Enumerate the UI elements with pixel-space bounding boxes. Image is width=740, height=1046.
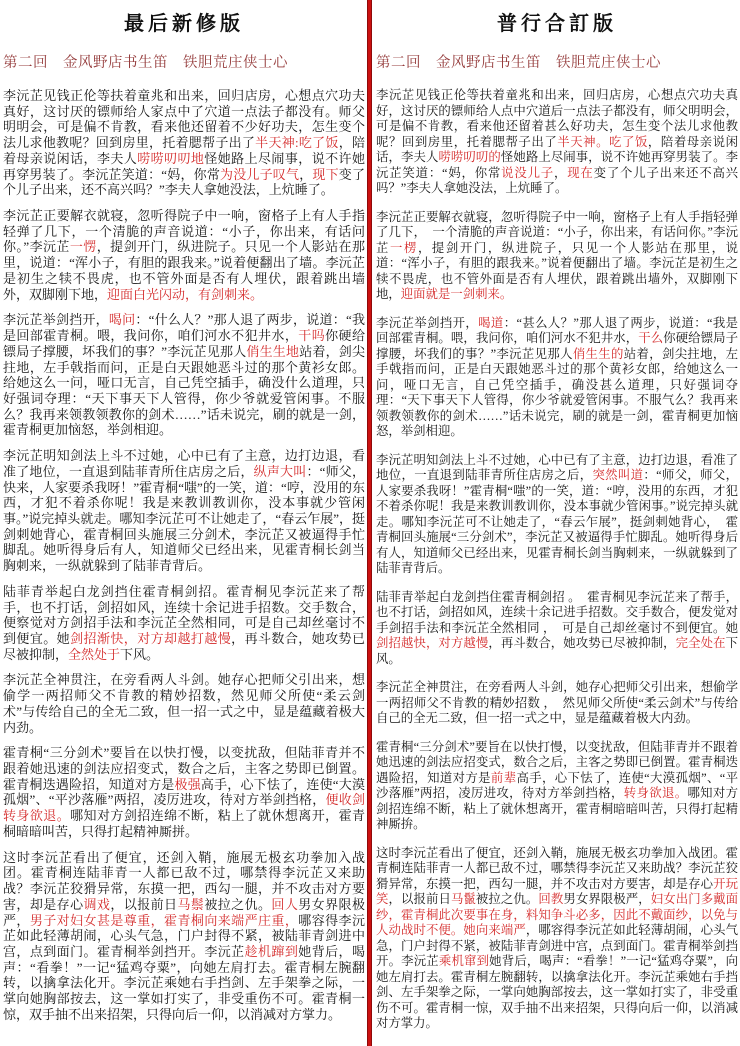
diff-highlight-text: 极强 bbox=[175, 777, 201, 792]
right-column-old-edition: 普行合訂版 第二回 金风野店书生笛 铁胆荒庄侠士心 李沅芷见钱正伦等扶着童兆和出… bbox=[372, 0, 740, 1046]
diff-highlight-text: 迎面白光闪动，有剑刺来。 bbox=[107, 287, 263, 302]
paragraph: 霍青桐“三分剑术”要旨在以快打慢，以变扰敌，但陆菲青并不跟着她迅速的剑法应招变式… bbox=[3, 745, 365, 839]
text-run: ， bbox=[299, 167, 312, 182]
left-column-new-edition: 最后新修版 第二回 金风野店书生笛 铁胆荒庄侠士心 李沅芷见钱正伦等扶着童兆和出… bbox=[0, 0, 367, 1046]
paragraph: 李沅芷明知剑法上斗不过她，心中已有了主意，边打边退，看准了地位，一直退到陆菲青所… bbox=[3, 448, 365, 574]
diff-highlight-text: 趁机蹿到 bbox=[245, 944, 299, 959]
paragraph: 李沅芷见钱正伦等扶着童兆和出来，回归店房，心想点穴功夫真好，这讨厌的镖师给人家点… bbox=[3, 88, 365, 198]
paragraph: 李沅芷见钱正伦等扶着童兆和出来，回归店房，心想点穴功夫真好，这讨厌的镖师给人点中… bbox=[376, 88, 738, 197]
paragraph: 陆菲青举起白龙剑挡住霍青桐剑招。霍青桐见李沅芷来了帮手，也不打话，剑招如风，连续… bbox=[3, 584, 365, 663]
diff-highlight-text: 现在 bbox=[567, 166, 593, 180]
diff-highlight-text: 迎面就是一剑刺来。 bbox=[401, 287, 513, 301]
diff-highlight-text: 干吗 bbox=[298, 328, 325, 343]
diff-highlight-text: 喝道 bbox=[478, 316, 504, 330]
diff-highlight-text: 现下 bbox=[312, 167, 338, 182]
text-run: 李沅芷举剑挡开， bbox=[376, 316, 478, 330]
chapter-heading-right: 第二回 金风野店书生笛 铁胆荒庄侠士心 bbox=[376, 51, 738, 72]
text-run: 这时李沅芷看出了便宜，还剑入鞘，施展无极玄功拳加入战团。霍青桐连陆菲青一人都已敌… bbox=[376, 846, 738, 891]
text-run: 下风。 bbox=[120, 647, 159, 662]
text-run: 李沅芷全神贯注，在旁看两人斗剑。她存心把师父引出来，想偷学一两招师父不肯教的精妙… bbox=[3, 672, 365, 734]
diff-highlight-text: 半天神。吃了饭 bbox=[557, 135, 648, 149]
text-run: ， bbox=[554, 166, 567, 180]
edition-comparison-page: 最后新修版 第二回 金风野店书生笛 铁胆荒庄侠士心 李沅芷见钱正伦等扶着童兆和出… bbox=[0, 0, 740, 1046]
diff-highlight-text: 剑招越快，对方越慢 bbox=[376, 636, 488, 650]
text-run: ，以报前日 bbox=[389, 892, 451, 906]
diff-highlight-text: 俏生生的 bbox=[573, 347, 624, 361]
paragraph: 陆菲青举起白龙剑挡住霍青桐剑招 。 霍青桐见李沅芷来了帮手，也不打话，剑招如风，… bbox=[376, 590, 738, 668]
text-run: 陆菲青举起白龙剑挡住霍青桐剑招 。 霍青桐见李沅芷来了帮手，也不打话，剑招如风，… bbox=[376, 590, 738, 635]
paragraph: 这时李沅芷看出了便宜，还剑入鞘，施展无极玄功拳加入战团。霍青桐连陆菲青一人都已敌… bbox=[3, 850, 365, 1023]
paragraph: 李沅芷举剑挡开，喝道：“甚么人？”那人退了两步，说道：“我是回部霍青桐。喂，我问… bbox=[376, 316, 738, 440]
text-run: ，以报前日 bbox=[110, 897, 177, 912]
paragraph: 李沅芷正要解衣就寝，忽听得院子中一响，窗格子上有人手指轻弹了几下，一个清脆的声音… bbox=[3, 208, 365, 302]
diff-highlight-text: 突然叫道 bbox=[592, 468, 643, 482]
diff-highlight-text: 马鬣 bbox=[451, 892, 476, 906]
diff-highlight-text: 一愣 bbox=[70, 239, 97, 254]
paragraph: 这时李沅芷看出了便宜，还剑入鞘，施展无极玄功拳加入战团。霍青桐连陆菲青一人都已敌… bbox=[376, 846, 738, 1032]
edition-title-left: 最后新修版 bbox=[3, 7, 365, 36]
text-run: ，再斗数合，她攻势已尽被抑制， bbox=[488, 636, 675, 650]
paragraph: 李沅芷全神贯注，在旁看两人斗剑，她存心把师父引出来，想偷学一两招师父不肯教的精妙… bbox=[376, 680, 738, 727]
diff-highlight-text: 干么 bbox=[638, 331, 663, 345]
text-run: 男女界限极严， bbox=[563, 892, 650, 906]
left-body-text: 李沅芷见钱正伦等扶着童兆和出来，回归店房，心想点穴功夫真好，这讨厌的镖师给人家点… bbox=[3, 88, 365, 1023]
diff-highlight-text: 全然处于 bbox=[68, 647, 120, 662]
text-run: ：“师父，师父，人家要杀我呀！”霍青桐“嗤”的一笑，道：“哼，没用的东西，才犯不… bbox=[376, 468, 738, 575]
paragraph: 李沅芷明知剑法上斗不过她，心中已有了主意，边打边退，看准了地位，一直退到陆菲青所… bbox=[376, 453, 738, 577]
diff-highlight-text: 一楞 bbox=[390, 241, 418, 255]
diff-highlight-text: 俏生生地 bbox=[246, 344, 299, 359]
chapter-heading-left: 第二回 金风野店书生笛 铁胆荒庄侠士心 bbox=[3, 51, 365, 72]
edition-title-right: 普行合訂版 bbox=[376, 7, 738, 36]
paragraph: 李沅芷正要解衣就寝，忽听得院子中一响，窗格子上有人手指轻弹了几下， 一个清脆的声… bbox=[376, 210, 738, 303]
right-body-text: 李沅芷见钱正伦等扶着童兆和出来，回归店房，心想点穴功夫真好，这讨厌的镖师给人点中… bbox=[376, 88, 738, 1032]
diff-highlight-text: 马鬃 bbox=[177, 897, 204, 912]
diff-highlight-text: 纵声大叫 bbox=[254, 464, 307, 479]
text-run: 李沅芷全神贯注，在旁看两人斗剑，她存心把师父引出来，想偷学一两招师父不肯教的精妙… bbox=[376, 680, 738, 725]
diff-highlight-text: 半天神:吃了饭 bbox=[255, 135, 339, 150]
diff-highlight-text: 回教 bbox=[538, 892, 563, 906]
text-run: 被拉之仇。 bbox=[476, 892, 538, 906]
diff-highlight-text: 唠唠叨叨的 bbox=[438, 150, 500, 164]
diff-highlight-text: 唠唠叨叨地 bbox=[137, 151, 204, 166]
paragraph: 李沅芷举剑挡开，喝问：“什么人？”那人退了两步，说道：“我是回部霍青桐。喂，我问… bbox=[3, 312, 365, 438]
diff-highlight-text: 前辈 bbox=[491, 771, 517, 785]
diff-highlight-text: 男子对妇女甚是尊重，霍青桐向来端严庄重， bbox=[30, 913, 298, 928]
diff-highlight-text: 回人 bbox=[271, 897, 298, 912]
diff-highlight-text: 调戏 bbox=[84, 897, 111, 912]
diff-highlight-text: 剑招渐快，对方却越打越慢 bbox=[70, 631, 231, 646]
text-run: 李沅芷举剑挡开， bbox=[3, 312, 109, 327]
diff-highlight-text: 喝问 bbox=[109, 312, 135, 327]
diff-highlight-text: 乘机窜到 bbox=[439, 954, 489, 968]
diff-highlight-text: 说没儿子 bbox=[501, 166, 554, 180]
text-run: 被拉之仇。 bbox=[204, 897, 271, 912]
diff-highlight-text: 转身欲退。 bbox=[624, 786, 688, 800]
paragraph: 霍青桐“三分剑术”要旨在以快打慢，以变扰敌，但陆菲青并不跟着她迅速的剑法应招变式… bbox=[376, 740, 738, 833]
diff-highlight-text: 为没儿子叹气 bbox=[220, 167, 299, 182]
diff-highlight-text: 完全处在 bbox=[676, 636, 726, 650]
text-run: ：“师父，快来，人家要杀我呀！”霍青桐“嗤”的一笑，道：“哼，没用的东西，才犯不… bbox=[3, 464, 365, 573]
paragraph: 李沅芷全神贯注，在旁看两人斗剑。她存心把师父引出来，想偷学一两招师父不肯教的精妙… bbox=[3, 672, 365, 735]
